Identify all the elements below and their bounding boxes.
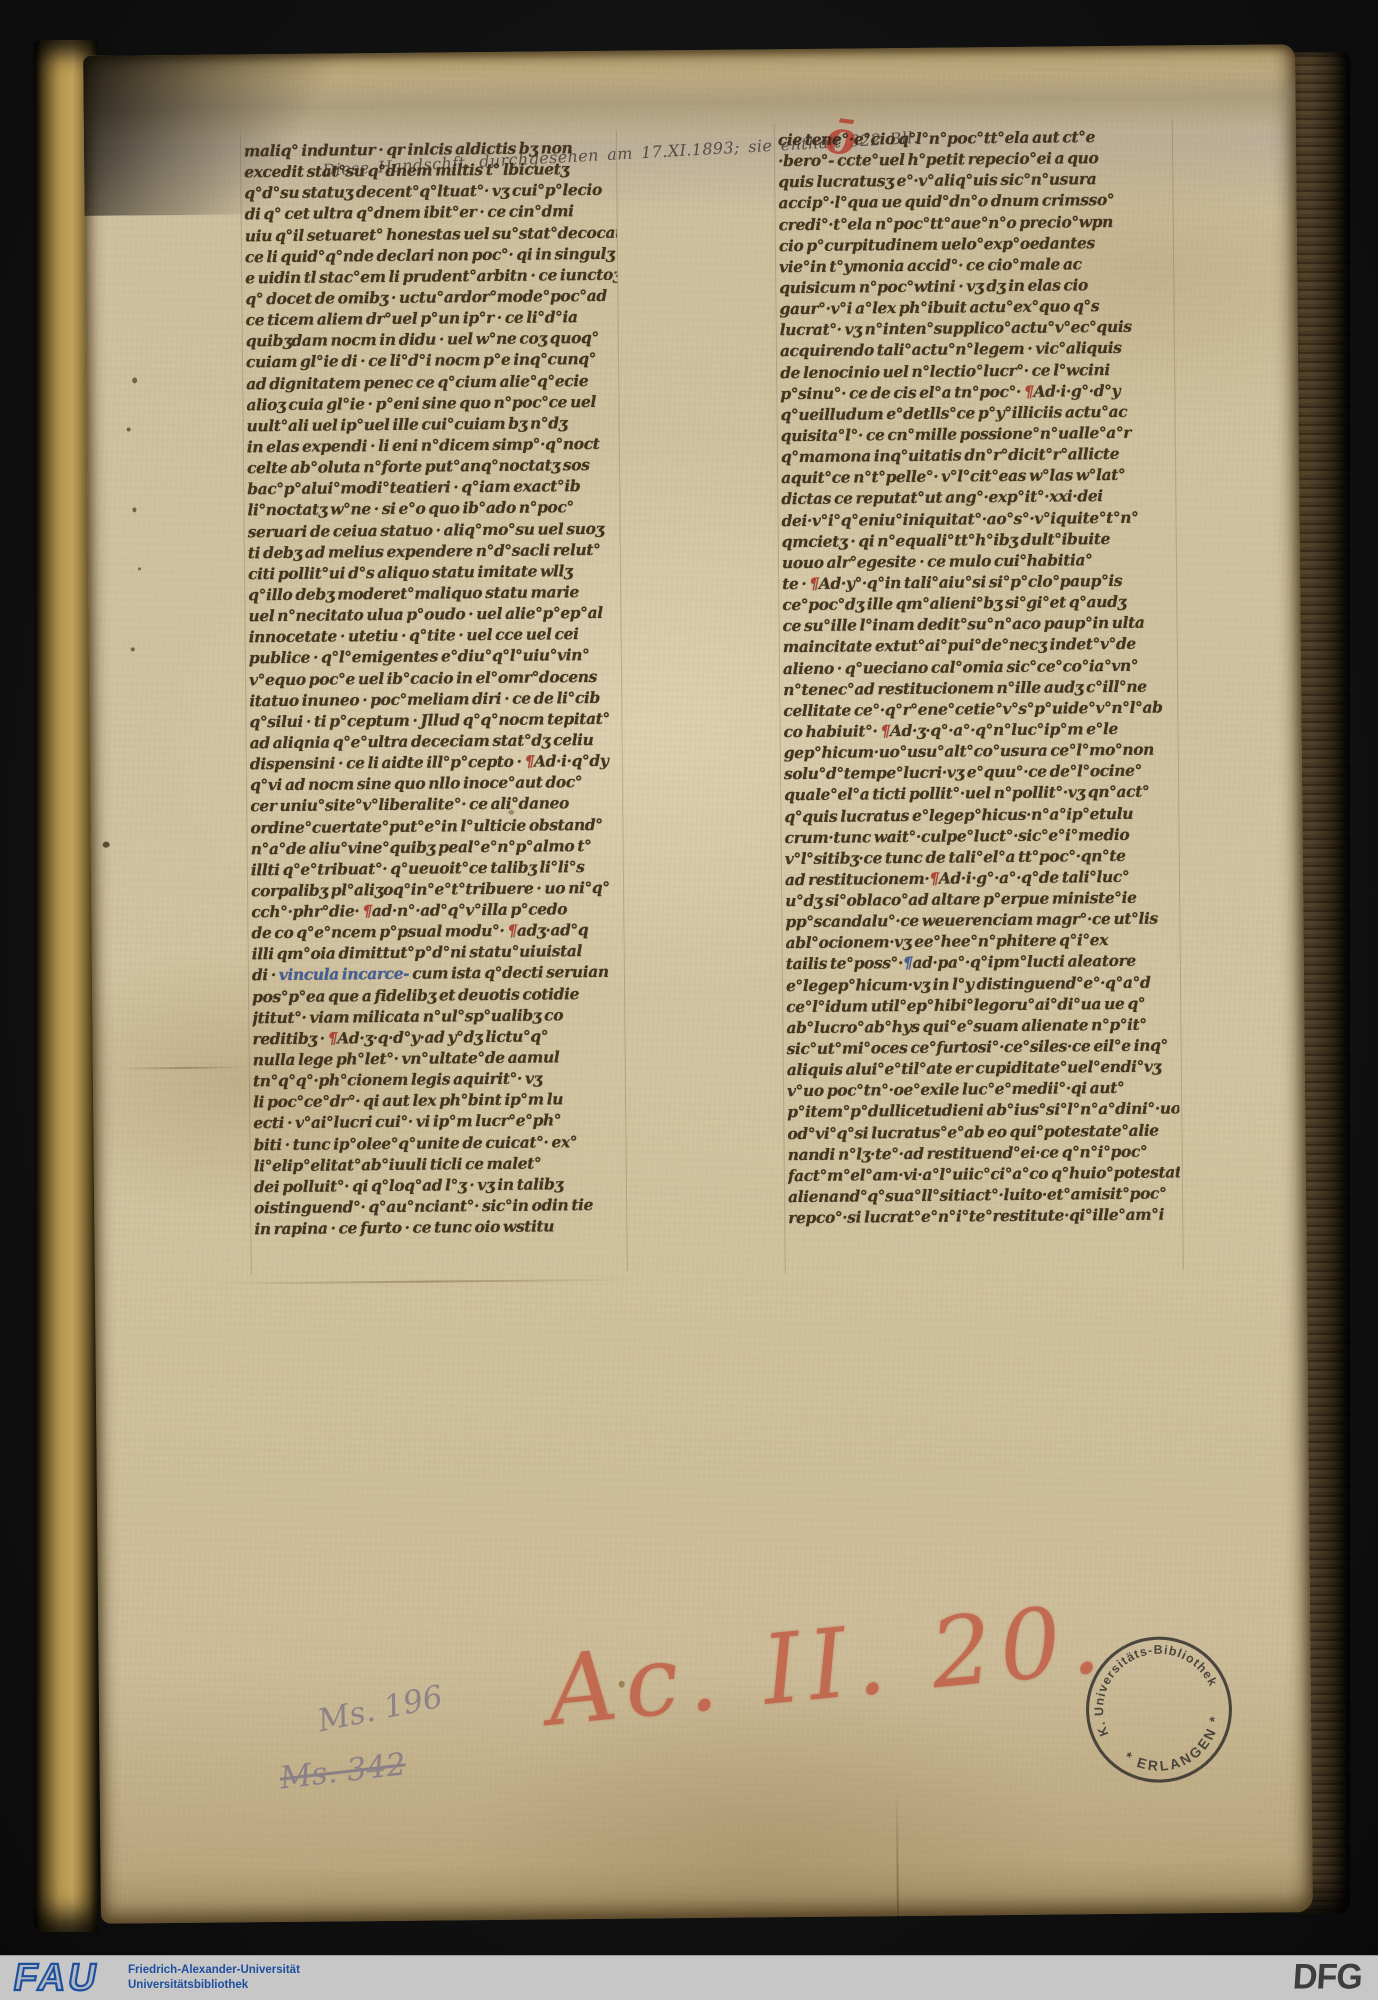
manuscript-line: cuiam gl°ie di · ce li°d°i nocm p°e inq°… xyxy=(246,348,618,373)
manuscript-line: di q° cet ultra q°dnem ibit°er · ce cin°… xyxy=(244,200,616,225)
pencil-shelfmark-old: Ms. 342 xyxy=(278,1746,408,1796)
stain-dot xyxy=(132,507,136,512)
manuscript-line: di · vincula incarce- cum ista q°decti s… xyxy=(252,961,624,986)
digitized-manuscript-photo: Diese Handschft. durchgesehen am 17.XI.1… xyxy=(0,0,1378,2000)
pencil-shelfmark-current: Ms. 196 xyxy=(315,1679,446,1740)
manuscript-line: repco°·si lucrat°e°n°i°te°restitute·qi°i… xyxy=(788,1204,1180,1229)
manuscript-line: oistinguend°· q°au°nciant°· sic°in odin … xyxy=(254,1194,626,1219)
manuscript-line: biti · tunc ip°olee°q°unite de cuicat°· … xyxy=(253,1130,625,1155)
text-column-left: maliq° induntur · qr inlcis aldictis bʒ … xyxy=(244,137,627,1240)
manuscript-line: li°noctatʒ w°ne · si e°o quo ib°ado n°po… xyxy=(247,496,619,521)
manuscript-line: publice · q°l°emigentes e°diu°q°l°uiu°vi… xyxy=(249,644,621,669)
fau-org-text: Friedrich-Alexander-Universität Universi… xyxy=(128,1963,300,1992)
fold-crease xyxy=(896,1788,900,1924)
crease xyxy=(215,1279,635,1285)
fau-org-name: Friedrich-Alexander-Universität xyxy=(128,1963,300,1978)
manuscript-line: in rapina · ce furto · ce tunc oio wstit… xyxy=(254,1215,626,1240)
wormhole xyxy=(103,842,110,848)
manuscript-line: quale°el°a ticti pollit°·uel n°pollit°·v… xyxy=(784,781,1176,806)
manuscript-line: v°equo poc°e uel ib°cacio in el°omr°doce… xyxy=(249,665,621,690)
manuscript-line: ordine°cuertate°put°e°in l°ulticie obsta… xyxy=(250,813,622,838)
manuscript-line: corpalibʒ pl°aliʒoq°in°e°t°tribuere · uo… xyxy=(251,877,623,902)
manuscript-line: maincitate extut°ai°pui°de°necʒ indet°v°… xyxy=(783,633,1175,658)
manuscript-line: acquirendo tali°actu°n°legem · vic°aliqu… xyxy=(780,337,1172,362)
manuscript-line: cer uniu°site°v°liberalite°· ce ali°dane… xyxy=(250,792,622,817)
stain-dot xyxy=(132,377,137,383)
stain-dot xyxy=(127,427,131,431)
dfg-logo: DFG xyxy=(1292,1957,1364,1998)
text-column-right: cie tene°·e°cio q°l°n°poc°tt°ela aut ct°… xyxy=(778,125,1181,1228)
stain-dot xyxy=(131,647,135,651)
manuscript-line: credi°·t°ela n°poc°tt°aue°n°o precio°wpn xyxy=(779,210,1171,235)
fau-unit-name: Universitätsbibliothek xyxy=(128,1978,300,1993)
red-shelfmark: Ac. II. 20. xyxy=(542,1582,1112,1748)
stain-dot xyxy=(138,567,141,570)
footer-bar: FAU Friedrich-Alexander-Universität Univ… xyxy=(0,1955,1378,2000)
manuscript-line: aquit°ce n°t°pelle°· v°l°cit°eas w°las w… xyxy=(781,464,1173,489)
manuscript-line: dei·v°i°q°eniu°iniquitat°·ao°s°·v°iquite… xyxy=(781,506,1173,531)
crease xyxy=(121,1066,251,1069)
fau-logo: FAU xyxy=(10,1957,103,2000)
manuscript-line: pos°p°ea que a fidelibʒ et deuotis cotid… xyxy=(252,982,624,1007)
parchment-page: Diese Handschft. durchgesehen am 17.XI.1… xyxy=(83,44,1313,1924)
manuscript-line: pp°scandalu°·ce weuerenciam magr°·ce ut°… xyxy=(785,908,1177,933)
